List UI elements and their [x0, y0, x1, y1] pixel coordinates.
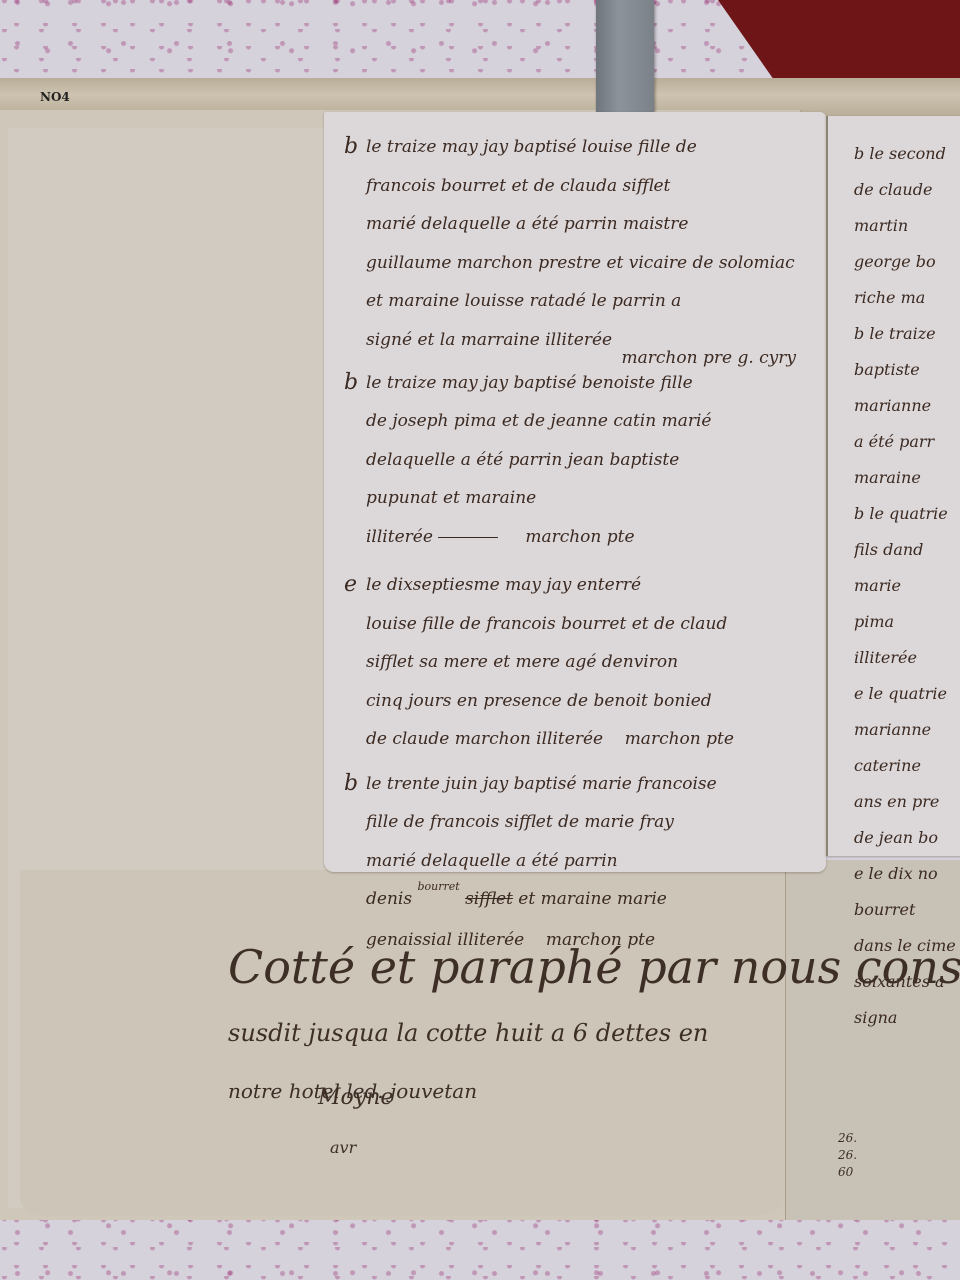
entry-line: le trente juin jay baptisé marie francoi… — [366, 765, 826, 804]
entry-line: le dixseptiesme may jay enterré — [366, 566, 826, 605]
side-entries: b le second de claude martin george bo r… — [854, 136, 960, 1036]
entry-burial-louise: e le dixseptiesme may jay enterré louise… — [366, 566, 826, 759]
entry-line: marié delaquelle a été parrin — [366, 842, 826, 881]
certification-block: Cotté et paraphé par nous conseiller sus… — [228, 938, 788, 1120]
side-line: marie — [854, 568, 960, 604]
side-line: pima — [854, 604, 960, 640]
side-line: riche ma — [854, 280, 960, 316]
entry-baptism-benoiste: b le traize may jay baptisé benoiste fil… — [366, 364, 826, 557]
entry-line: de joseph pima et de jeanne catin marié — [366, 402, 826, 441]
margin-mark: b — [344, 128, 358, 167]
stack-label: NO4 — [40, 90, 70, 104]
inserted-word: bourret — [417, 880, 459, 893]
margin-number: 26. — [838, 1147, 857, 1164]
entry-line: cinq jours en presence de benoit bonied — [366, 682, 826, 721]
entry-line: pupunat et maraine — [366, 479, 826, 518]
side-line: e le quatrie — [854, 676, 960, 712]
entry-baptism-louise: b le traize may jay baptisé louise fille… — [366, 128, 826, 378]
side-register-page: b le second de claude martin george bo r… — [826, 116, 960, 856]
entries: b le traize may jay baptisé louise fille… — [366, 128, 826, 959]
main-register-page: b le traize may jay baptisé louise fille… — [324, 112, 826, 872]
entry-line: fille de francois sifflet de marie fray — [366, 803, 826, 842]
margin-mark: b — [344, 364, 358, 403]
side-line: b le traize — [854, 316, 960, 352]
entry-line: le traize may jay baptisé louise fille d… — [366, 128, 826, 167]
side-line: a été parr — [854, 424, 960, 460]
margin-numbers: 26. 26. 60 — [838, 1130, 857, 1181]
illiterate-note: illiterée — [366, 527, 433, 547]
side-line: de jean bo — [854, 820, 960, 856]
cert-line-text: Cotté et paraphé par nous conseiller — [228, 940, 960, 994]
cert-signature-sub: avr — [330, 1138, 356, 1157]
cert-line: Cotté et paraphé par nous conseiller — [228, 938, 788, 1004]
entry-line: marié delaquelle a été parrin maistre — [366, 205, 826, 244]
entry-line: denis — [366, 889, 412, 909]
entry-line: et maraine louisse ratadé le parrin a — [366, 282, 826, 321]
side-line: signa — [854, 1000, 960, 1036]
entry-line-with-signature: de claude marchon illiterée marchon pte — [366, 720, 826, 759]
entry-line: sifflet sa mere et mere agé denviron — [366, 643, 826, 682]
entry-line-with-correction: denis bourret sifflet et maraine marie — [366, 880, 826, 921]
entry-signature: marchon pte — [525, 527, 634, 547]
margin-number: 60 — [838, 1164, 857, 1181]
entry-line-with-signature: illiterée marchon pte — [366, 518, 826, 557]
entry-line: le traize may jay baptisé benoiste fille — [366, 364, 826, 403]
entry-line: francois bourret et de clauda sifflet — [366, 167, 826, 206]
crossed-word: sifflet — [465, 889, 513, 909]
cert-signature: Moyne — [318, 1085, 393, 1110]
side-line: marianne — [854, 712, 960, 748]
side-line: caterine — [854, 748, 960, 784]
entry-line: et maraine marie — [518, 889, 667, 909]
side-line: ans en pre — [854, 784, 960, 820]
side-line: fils dand — [854, 532, 960, 568]
side-line: marianne — [854, 388, 960, 424]
side-line: e le dix no — [854, 856, 960, 892]
rule-line — [438, 537, 498, 538]
side-line: baptiste — [854, 352, 960, 388]
cert-line: susdit jusqua la cotte huit a 6 dettes e… — [228, 1004, 788, 1062]
entry-signature: marchon pte — [625, 729, 734, 749]
side-line: illiterée — [854, 640, 960, 676]
entry-line: guillaume marchon prestre et vicaire de … — [366, 244, 826, 283]
entry-line: delaquelle a été parrin jean baptiste — [366, 441, 826, 480]
cert-line: notre hotel led. jouvetan — [228, 1062, 788, 1120]
entry-line: de claude marchon illiterée — [366, 729, 603, 749]
margin-mark: e — [344, 566, 357, 605]
side-line: george bo — [854, 244, 960, 280]
side-line: de claude — [854, 172, 960, 208]
side-line: maraine — [854, 460, 960, 496]
side-line: b le second — [854, 136, 960, 172]
side-line: b le quatrie — [854, 496, 960, 532]
entry-line: louise fille de francois bourret et de c… — [366, 605, 826, 644]
side-line: bourret — [854, 892, 960, 928]
metal-clamp — [596, 0, 654, 128]
margin-number: 26. — [838, 1130, 857, 1147]
margin-mark: b — [344, 765, 358, 804]
entry-baptism-marie-francoise: b le trente juin jay baptisé marie franc… — [366, 765, 826, 960]
side-line: martin — [854, 208, 960, 244]
